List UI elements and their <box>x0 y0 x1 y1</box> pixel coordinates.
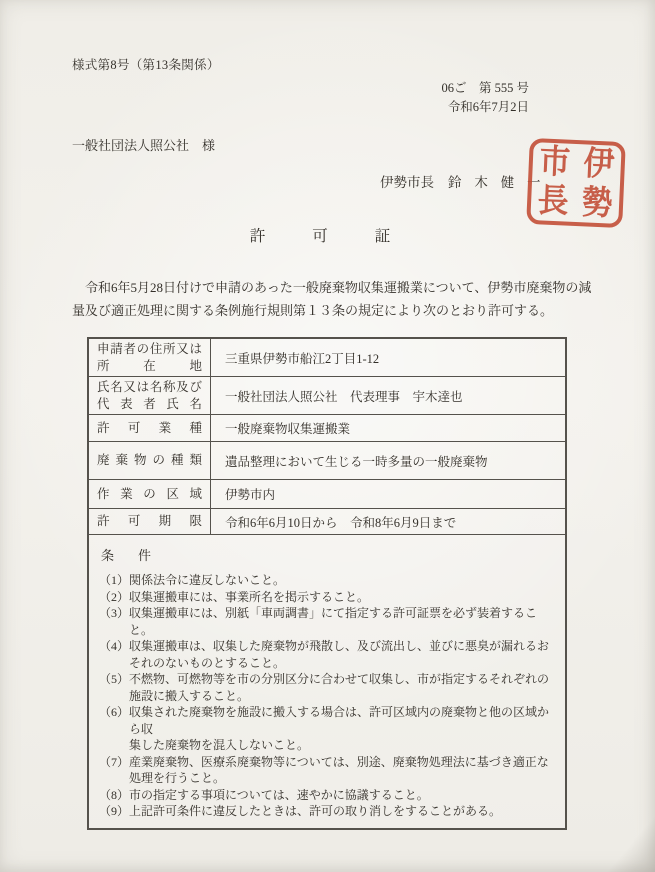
table-row-permit-period: 許可期限 令和6年6月10日から 令和8年6月9日まで <box>89 509 565 535</box>
doc-meta: 06ご 第 555 号 令和6年7月2日 <box>441 79 529 117</box>
issuer-title: 伊勢市長 <box>380 175 434 190</box>
conditions-heading: 条件 <box>101 545 555 564</box>
condition-item: （4） 収集運搬車は、収集した廃棄物が飛散し、及び流出し、並びに悪臭が漏れるお … <box>99 638 555 671</box>
row-label: 許可業種 <box>89 415 211 441</box>
row-value: 令和6年6月10日から 令和8年6月9日まで <box>211 509 565 534</box>
condition-item: （5） 不燃物、可燃物等を市の分別区分に合わせて収集し、市が指定するそれぞれの … <box>99 671 555 704</box>
row-value: 一般社団法人照公社 代表理事 宇木達也 <box>211 377 565 414</box>
doc-number: 06ご 第 555 号 <box>441 79 529 98</box>
table-row-work-area: 作業の区域 伊勢市内 <box>89 480 565 509</box>
condition-item: （2） 収集運搬車には、事業所名を掲示すること。 <box>99 589 555 606</box>
scanned-permit-document: 様式第8号（第13条関係） 06ご 第 555 号 令和6年7月2日 一般社団法… <box>0 0 655 872</box>
seal-char: 伊 <box>583 147 615 182</box>
form-number: 様式第8号（第13条関係） <box>72 55 220 73</box>
issue-date: 令和6年7月2日 <box>441 98 529 117</box>
table-row-permit-business-type: 許可業種 一般廃棄物収集運搬業 <box>89 415 565 442</box>
condition-item: （9） 上記許可条件に違反したときは、許可の取り消しをすることがある。 <box>99 803 555 820</box>
row-label: 申請者の住所又は 所在地 <box>89 339 211 376</box>
permit-table: 申請者の住所又は 所在地 三重県伊勢市船江2丁目1-12 氏名又は名称及び 代表… <box>87 337 567 830</box>
row-value: 伊勢市内 <box>211 480 565 508</box>
row-label: 作業の区域 <box>89 480 211 508</box>
row-value: 一般廃棄物収集運搬業 <box>211 415 565 441</box>
document-title: 許可証 <box>60 224 580 246</box>
condition-item: （1） 関係法令に違反しないこと。 <box>99 572 555 589</box>
row-label: 廃棄物の種類 <box>89 442 211 479</box>
table-row-name-representative: 氏名又は名称及び 代表者氏名 一般社団法人照公社 代表理事 宇木達也 <box>89 377 565 415</box>
row-value: 三重県伊勢市船江2丁目1-12 <box>211 339 565 376</box>
condition-item: （7） 産業廃棄物、医療系廃棄物等については、別途、廃棄物処理法に基づき適正な … <box>99 754 555 787</box>
table-row-waste-type: 廃棄物の種類 遺品整理において生じる一時多量の一般廃棄物 <box>89 442 565 480</box>
row-value: 遺品整理において生じる一時多量の一般廃棄物 <box>211 442 565 479</box>
seal-char: 長 <box>537 184 569 219</box>
row-label: 氏名又は名称及び 代表者氏名 <box>89 377 211 414</box>
issuer-line: 伊勢市長鈴木健一 <box>380 171 541 191</box>
intro-paragraph: 令和6年5月28日付けで申請のあった一般廃棄物収集運搬業について、伊勢市廃棄物の… <box>72 277 596 322</box>
condition-item: （8） 市の指定する事項については、速やかに協議すること。 <box>99 787 555 804</box>
seal-char: 勢 <box>581 186 613 221</box>
row-label: 許可期限 <box>89 509 211 534</box>
condition-item: （3） 収集運搬車には、別紙「車両調書」にて指定する許可証票を必ず装着すること。 <box>99 605 555 638</box>
conditions-section: 条件 （1） 関係法令に違反しないこと。 （2） 収集運搬車には、事業所名を掲示… <box>89 535 565 828</box>
table-row-applicant-address: 申請者の住所又は 所在地 三重県伊勢市船江2丁目1-12 <box>89 339 565 377</box>
seal-char: 市 <box>539 145 571 180</box>
addressee: 一般社団法人照公社 様 <box>72 135 215 154</box>
condition-item: （6） 収集された廃棄物を施設に搬入する場合は、許可区域内の廃棄物と他の区域から… <box>99 704 555 754</box>
official-seal: 伊 勢 市 長 <box>526 138 626 228</box>
